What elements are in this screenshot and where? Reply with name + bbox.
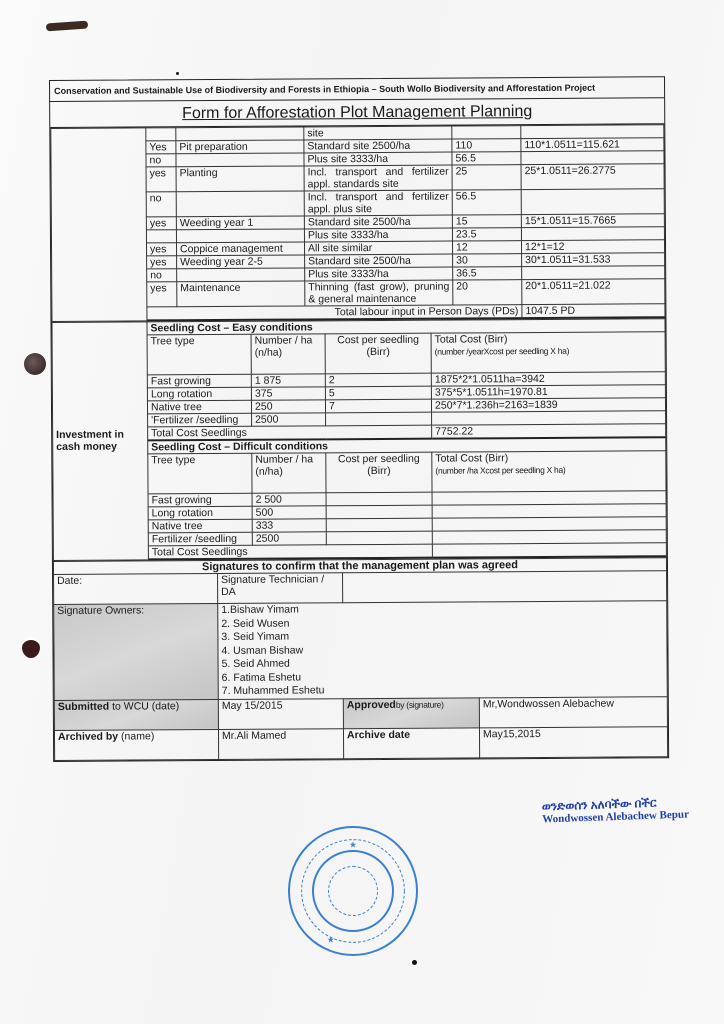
column-header: Cost per seedling (Birr) [325, 333, 431, 374]
total-cost-seedlings-value[interactable] [432, 543, 666, 558]
approved-label: Approvedby (signature) [343, 697, 479, 728]
cost-cell[interactable] [326, 505, 432, 519]
tree-type-cell: Fertilizer /seedling [148, 532, 252, 546]
cost-cell[interactable] [326, 492, 432, 506]
cost-cell[interactable] [326, 412, 432, 426]
person-days-cell: 15 [452, 215, 521, 228]
person-days-cell: 12 [452, 241, 521, 254]
tree-type-cell: Native tree [147, 400, 251, 414]
owners-list: 1.Bishaw Yimam2. Seid Wusen3. Seid Yimam… [218, 601, 668, 699]
activity-cell: Weeding year 2-5 [177, 255, 305, 269]
site-cell: Plus site 3333/ha [304, 152, 452, 166]
person-days-cell: 110 [452, 139, 521, 152]
site-cell: Incl. transport and fertilizer appl. sta… [304, 165, 452, 191]
cost-cell[interactable]: 2 [325, 373, 431, 387]
calc-cell[interactable] [522, 266, 665, 280]
owners-label: Signature Owners: [54, 603, 219, 700]
site-cell: Thinning (fast grow), pruning & general … [305, 280, 453, 306]
cost-cell[interactable] [326, 531, 432, 545]
number-cell[interactable]: 2500 [252, 532, 326, 545]
person-days-cell: 23.5 [452, 228, 521, 241]
signatures-table: Signatures to confirm that the managemen… [53, 557, 668, 760]
site-cell: Standard site 2500/ha [304, 139, 452, 153]
done-cell[interactable] [146, 230, 176, 243]
calc-cell[interactable]: 110*1.0511=115.621 [521, 138, 664, 152]
activity-cell: Maintenance [177, 281, 305, 307]
column-header: Number / ha (n/ha) [251, 334, 325, 374]
form-title: Form for Afforestation Plot Management P… [50, 98, 664, 128]
investment-table: Investment in cash moneySeedling Cost – … [51, 318, 666, 561]
approved-by-value[interactable]: Mr,Wondwossen Alebachew [479, 696, 667, 727]
total-cost-formula-note: (number /ha Xcost per seedling X ha) [435, 463, 662, 476]
done-cell[interactable]: yes [147, 282, 177, 307]
speck [412, 960, 417, 965]
tree-type-cell: Native tree [148, 519, 252, 533]
person-days-cell: 56.5 [452, 152, 521, 165]
archived-label-bold: Archived by [58, 730, 118, 742]
done-cell[interactable]: yes [146, 243, 176, 256]
number-cell[interactable]: 2 500 [252, 493, 326, 506]
activity-cell [176, 127, 304, 141]
person-days-cell: 30 [453, 254, 522, 267]
technician-signature-field[interactable] [343, 571, 667, 603]
archived-by-value[interactable]: Mr.Ali Mamed [218, 728, 343, 759]
done-cell[interactable]: yes [146, 217, 176, 230]
submitted-date[interactable]: May 15/2015 [218, 698, 343, 729]
activity-cell: Pit preparation [176, 140, 304, 154]
done-cell[interactable]: yes [147, 256, 177, 269]
site-cell: All site similar [304, 241, 452, 255]
calc-cell[interactable]: 30*1.0511=31.533 [522, 253, 665, 267]
submitted-label: Submitted to WCU (date) [54, 699, 218, 730]
tree-type-cell: 'Fertilizer /seedling [148, 413, 252, 427]
number-cell[interactable]: 500 [252, 506, 326, 519]
tree-type-cell: Long rotation [148, 506, 252, 520]
punch-hole-icon [24, 353, 46, 375]
labour-total-label: Total labour input in Person Days (PDs) [147, 305, 522, 321]
total-cost-seedlings-label: Total Cost Seedlings [148, 544, 432, 559]
done-cell[interactable]: no [146, 192, 176, 217]
paper-clip-mark [46, 21, 88, 32]
done-cell[interactable]: no [147, 269, 177, 282]
punch-hole-icon [22, 637, 40, 658]
calc-cell[interactable]: 12*1=12 [521, 240, 664, 254]
speck [176, 72, 179, 75]
management-plan-form: Conservation and Sustainable Use of Biod… [49, 76, 669, 761]
number-cell[interactable]: 1 875 [251, 374, 325, 387]
technician-label: Signature Technician / DA [218, 573, 343, 604]
labour-total-value: 1047.5 PD [522, 304, 665, 318]
column-header: Tree type [147, 334, 251, 375]
calc-cell[interactable]: 15*1.0511=15.7665 [521, 214, 664, 228]
labour-section-label [51, 128, 147, 321]
number-cell[interactable]: 375 [251, 387, 325, 400]
done-cell[interactable]: Yes [146, 141, 176, 154]
total-cost-formula-note: (number /yearXcost per seedling X ha) [435, 344, 662, 357]
archive-date-label: Archive date [343, 727, 479, 758]
site-cell: Incl. transport and fertilizer appl. plu… [304, 190, 452, 216]
labour-table: siteYesPit preparationStandard site 2500… [50, 124, 665, 322]
column-header: Total Cost (Birr)(number /yearXcost per … [431, 332, 665, 373]
person-days-cell: 20 [453, 280, 522, 305]
submitted-label-bold: Submitted [58, 700, 109, 712]
tree-type-cell: Fast growing [147, 374, 251, 388]
person-days-cell: 36.5 [453, 267, 522, 280]
activity-cell [177, 268, 305, 282]
approved-label-rest: by (signature) [396, 699, 444, 709]
activity-cell [176, 191, 304, 217]
calc-cell[interactable] [521, 189, 664, 215]
cost-cell[interactable]: 5 [325, 386, 431, 400]
column-header: Tree type [148, 453, 252, 494]
archived-label-rest: (name) [118, 730, 154, 742]
submitted-label-rest: to WCU (date) [109, 700, 179, 712]
official-seal-icon: ★ ★ [288, 826, 418, 956]
number-cell[interactable]: 2500 [252, 413, 326, 426]
number-cell[interactable]: 333 [252, 519, 326, 532]
archive-date-value[interactable]: May15,2015 [479, 726, 667, 757]
signature-stamp: ወንድወሰን አለባችው በችር Wondwossen Alebachew Be… [542, 795, 690, 826]
approved-label-bold: Approved [347, 698, 396, 710]
activity-cell [176, 153, 304, 167]
investment-section-label: Investment in cash money [52, 322, 148, 560]
site-cell: site [304, 126, 452, 140]
cost-cell[interactable]: 7 [325, 399, 431, 413]
site-cell: Standard site 2500/ha [305, 254, 453, 268]
svg-text:★: ★ [349, 839, 357, 849]
activity-cell: Coppice management [176, 242, 304, 256]
svg-text:★: ★ [327, 934, 335, 944]
column-header: Number / ha (n/ha) [252, 453, 326, 493]
activity-cell [176, 229, 304, 243]
site-cell: Plus site 3333/ha [305, 267, 453, 281]
done-cell[interactable] [146, 128, 176, 141]
calc-cell[interactable] [521, 125, 664, 139]
person-days-cell: 56.5 [452, 190, 521, 215]
site-cell: Plus site 3333/ha [304, 228, 452, 242]
site-cell: Standard site 2500/ha [304, 215, 452, 229]
person-days-cell: 25 [452, 165, 521, 190]
total-cost-seedlings-value[interactable]: 7752.22 [432, 424, 666, 439]
activity-cell: Weeding year 1 [176, 216, 304, 230]
done-cell[interactable]: yes [146, 167, 176, 192]
done-cell[interactable]: no [146, 154, 176, 167]
activity-cell: Planting [176, 166, 304, 192]
person-days-cell [452, 126, 521, 139]
tree-type-cell: Long rotation [147, 387, 251, 401]
scanned-page: Conservation and Sustainable Use of Biod… [0, 0, 724, 1024]
calc-cell[interactable] [521, 227, 664, 241]
cost-cell[interactable] [326, 518, 432, 532]
archived-label: Archived by (name) [54, 729, 218, 760]
date-label: Date: [54, 573, 218, 604]
column-header: Cost per seedling (Birr) [326, 452, 432, 493]
calc-cell[interactable]: 25*1.0511=26.2775 [521, 164, 664, 190]
calc-cell[interactable] [521, 151, 664, 165]
calc-cell[interactable]: 20*1.0511=21.022 [522, 279, 665, 305]
tree-type-cell: Fast growing [148, 493, 252, 507]
number-cell[interactable]: 250 [251, 400, 325, 413]
column-header: Total Cost (Birr)(number /ha Xcost per s… [432, 451, 666, 492]
